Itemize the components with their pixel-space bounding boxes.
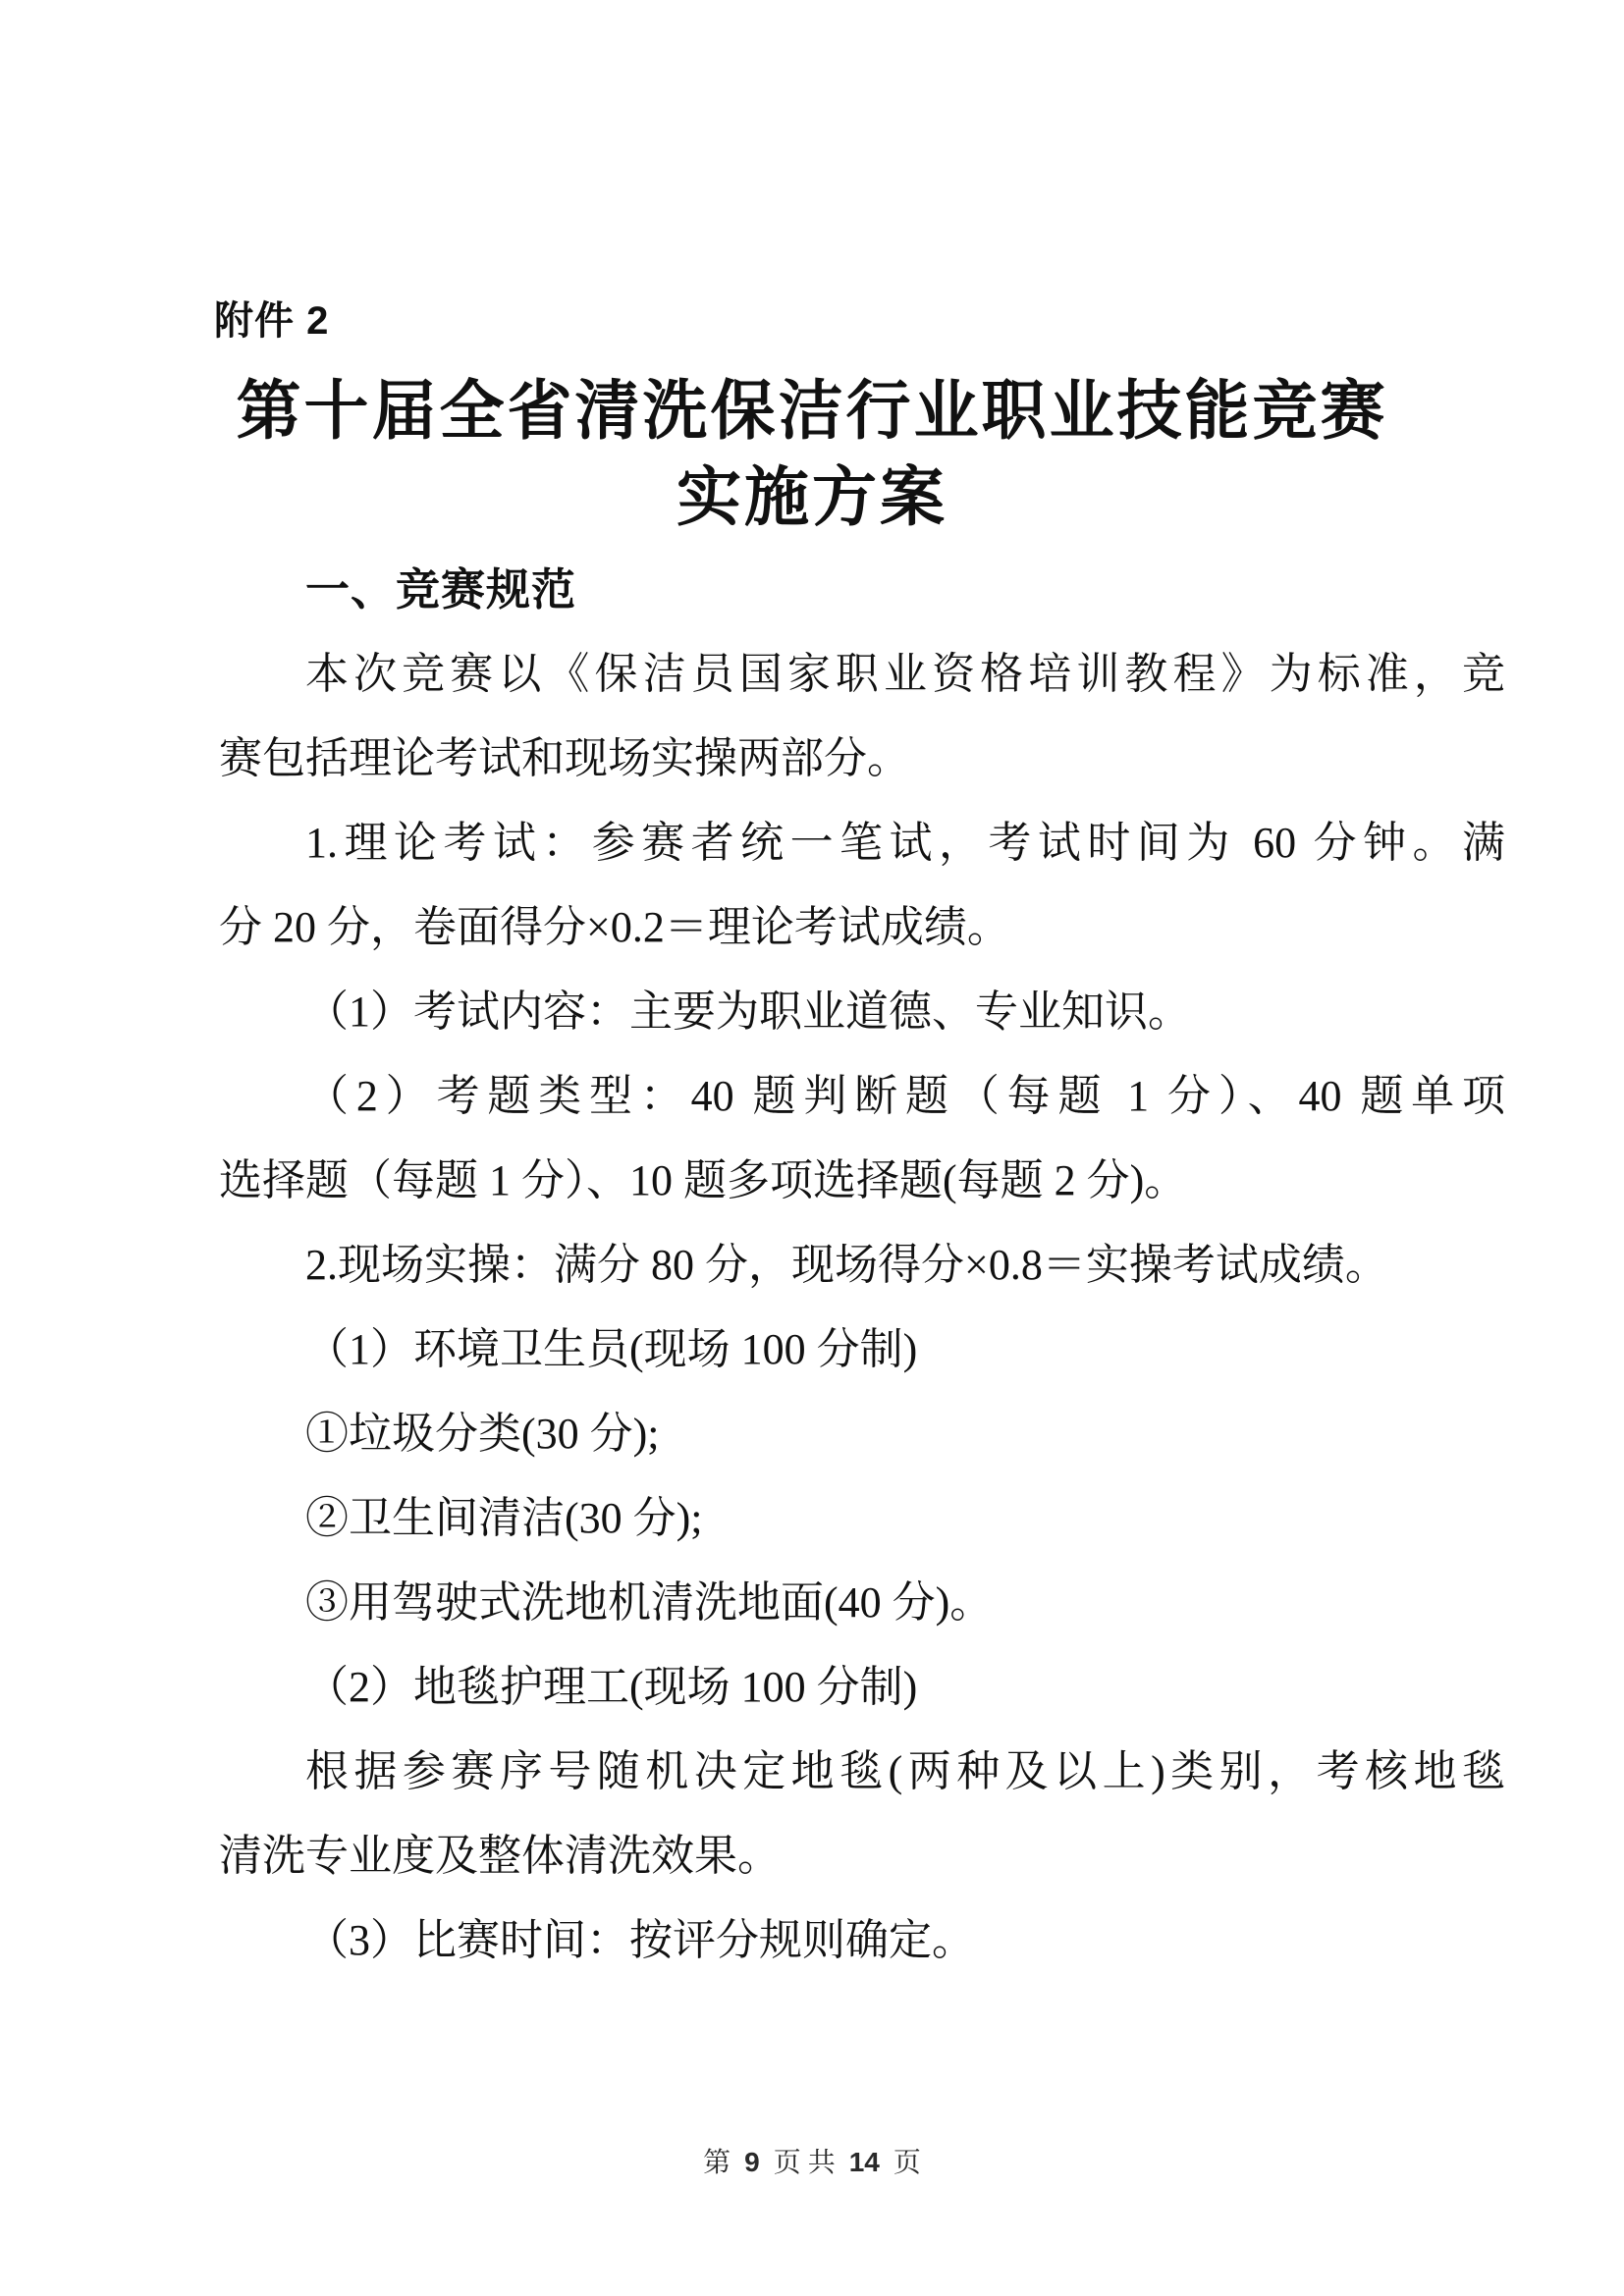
paragraph: （1）考试内容：主要为职业道德、专业知识。 — [219, 970, 1505, 1054]
paragraph: （1）环境卫生员(现场 100 分制) — [219, 1308, 1505, 1392]
body-line: 清洗专业度及整体清洗效果。 — [219, 1814, 1505, 1898]
paragraph: 根据参赛序号随机决定地毯(两种及以上)类别，考核地毯 清洗专业度及整体清洗效果。 — [219, 1730, 1505, 1898]
footer-text-after: 页 — [893, 2148, 921, 2178]
body-line: 2.现场实操：满分 80 分，现场得分×0.8＝实操考试成绩。 — [219, 1223, 1505, 1308]
body-line: （1）环境卫生员(现场 100 分制) — [219, 1308, 1505, 1392]
body-line: （3）比赛时间：按评分规则确定。 — [219, 1898, 1505, 1983]
paragraph: （2）地毯护理工(现场 100 分制) — [219, 1645, 1505, 1730]
body-line: （2）考题类型：40 题判断题（每题 1 分）、40 题单项 — [219, 1054, 1505, 1139]
body-line: 赛包括理论考试和现场实操两部分。 — [219, 717, 1505, 801]
paragraph: 1.理论考试：参赛者统一笔试，考试时间为 60 分钟。满 分 20 分，卷面得分… — [219, 801, 1505, 970]
document-title: 第十届全省清洗保洁行业职业技能竞赛 实施方案 — [0, 369, 1624, 542]
paragraph: ②卫生间清洁(30 分); — [219, 1476, 1505, 1561]
body-line: ①垃圾分类(30 分); — [219, 1392, 1505, 1476]
body-line: 根据参赛序号随机决定地毯(两种及以上)类别，考核地毯 — [219, 1730, 1505, 1814]
paragraph: （3）比赛时间：按评分规则确定。 — [219, 1898, 1505, 1983]
paragraph: ①垃圾分类(30 分); — [219, 1392, 1505, 1476]
paragraph: 本次竞赛以《保洁员国家职业资格培训教程》为标准，竞 赛包括理论考试和现场实操两部… — [219, 632, 1505, 801]
document-body: 一、竞赛规范 本次竞赛以《保洁员国家职业资格培训教程》为标准，竞 赛包括理论考试… — [219, 548, 1505, 1983]
document-page: 附件 2 第十届全省清洗保洁行业职业技能竞赛 实施方案 一、竞赛规范 本次竞赛以… — [0, 0, 1624, 2296]
body-line: 本次竞赛以《保洁员国家职业资格培训教程》为标准，竞 — [219, 632, 1505, 717]
attachment-label: 附件 2 — [214, 297, 329, 345]
title-line-1: 第十届全省清洗保洁行业职业技能竞赛 — [0, 369, 1624, 455]
section-heading: 一、竞赛规范 — [219, 548, 1505, 632]
body-line: （1）考试内容：主要为职业道德、专业知识。 — [219, 970, 1505, 1054]
total-pages: 14 — [849, 2147, 880, 2177]
body-line: （2）地毯护理工(现场 100 分制) — [219, 1645, 1505, 1730]
body-line: ②卫生间清洁(30 分); — [219, 1476, 1505, 1561]
footer-text-before: 第 — [703, 2148, 731, 2178]
page-footer: 第9页 共14页 — [0, 2146, 1624, 2180]
title-line-2: 实施方案 — [0, 455, 1624, 542]
body-line: 1.理论考试：参赛者统一笔试，考试时间为 60 分钟。满 — [219, 801, 1505, 885]
body-line: ③用驾驶式洗地机清洗地面(40 分)。 — [219, 1561, 1505, 1645]
body-line: 分 20 分，卷面得分×0.2＝理论考试成绩。 — [219, 885, 1505, 970]
paragraph: ③用驾驶式洗地机清洗地面(40 分)。 — [219, 1561, 1505, 1645]
body-line: 选择题（每题 1 分）、10 题多项选择题(每题 2 分)。 — [219, 1139, 1505, 1223]
paragraph: （2）考题类型：40 题判断题（每题 1 分）、40 题单项 选择题（每题 1 … — [219, 1054, 1505, 1223]
paragraph: 2.现场实操：满分 80 分，现场得分×0.8＝实操考试成绩。 — [219, 1223, 1505, 1308]
footer-text-middle: 页 共 — [774, 2148, 836, 2178]
page-number: 9 — [744, 2147, 760, 2177]
